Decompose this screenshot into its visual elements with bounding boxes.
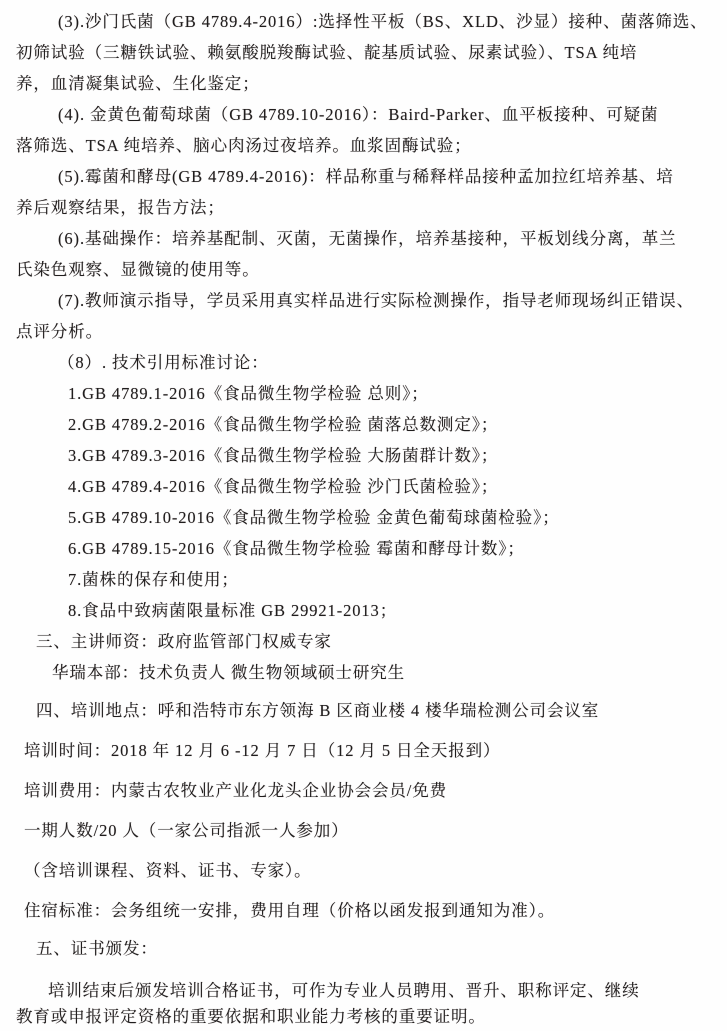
text-line: 初筛试验（三糖铁试验、赖氨酸脱羧酶试验、靛基质试验、尿素试验）、TSA 纯培 [0,42,727,64]
text-line: 氏染色观察、显微镜的使用等。 [0,259,727,281]
text-line: (5).霉菌和酵母(GB 4789.4-2016)：样品称重与稀释样品接种孟加拉… [0,166,727,188]
text-line: 三、主讲师资：政府监管部门权威专家 [0,631,727,653]
text-line: 3.GB 4789.3-2016《食品微生物学检验 大肠菌群计数》； [0,445,727,467]
text-line: 四、培训地点：呼和浩特市东方领海 B 区商业楼 4 楼华瑞检测公司会议室 [0,700,727,722]
text-line: 养，血清凝集试验、生化鉴定； [0,73,727,95]
text-line: 8.食品中致病菌限量标准 GB 29921-2013； [0,600,727,622]
text-line: 华瑞本部：技术负责人 微生物领域硕士研究生 [0,662,727,684]
text-line: 4.GB 4789.4-2016《食品微生物学检验 沙门氏菌检验》； [0,476,727,498]
text-line: 5.GB 4789.10-2016《食品微生物学检验 金黄色葡萄球菌检验》； [0,507,727,529]
text-line: 6.GB 4789.15-2016《食品微生物学检验 霉菌和酵母计数》； [0,538,727,560]
text-line: 教育或申报评定资格的重要依据和职业能力考核的重要证明。 [0,1006,727,1028]
text-line: (7).教师演示指导，学员采用真实样品进行实际检测操作，指导老师现场纠正错误、 [0,290,727,312]
text-line: 2.GB 4789.2-2016《食品微生物学检验 菌落总数测定》； [0,414,727,436]
text-line: 点评分析。 [0,321,727,343]
text-line: （8）. 技术引用标准讨论： [0,352,727,374]
text-line: 培训时间：2018 年 12 月 6 -12 月 7 日（12 月 5 日全天报… [0,740,727,762]
text-line: 落筛选、TSA 纯培养、脑心肉汤过夜培养。血浆固酶试验； [0,135,727,157]
text-line: 培训结束后颁发培训合格证书，可作为专业人员聘用、晋升、职称评定、继续 [0,980,727,1002]
document-page: (3).沙门氏菌（GB 4789.4-2016）:选择性平板（BS、XLD、沙显… [0,0,727,1031]
text-line: 1.GB 4789.1-2016《食品微生物学检验 总则》； [0,383,727,405]
text-line: (3).沙门氏菌（GB 4789.4-2016）:选择性平板（BS、XLD、沙显… [0,11,727,33]
text-line: 培训费用：内蒙古农牧业产业化龙头企业协会会员/免费 [0,780,727,802]
text-line: 养后观察结果，报告方法； [0,197,727,219]
text-line: (4). 金黄色葡萄球菌（GB 4789.10-2016）：Baird-Park… [0,104,727,126]
text-line: 五、证书颁发： [0,938,727,960]
document-body: (3).沙门氏菌（GB 4789.4-2016）:选择性平板（BS、XLD、沙显… [0,0,727,1028]
text-line: 住宿标准：会务组统一安排，费用自理（价格以函发报到通知为准）。 [0,900,727,922]
text-line: 7.菌株的保存和使用； [0,569,727,591]
text-line: （含培训课程、资料、证书、专家）。 [0,860,727,882]
text-line: 一期人数/20 人（一家公司指派一人参加） [0,820,727,842]
text-line: (6).基础操作：培养基配制、灭菌，无菌操作，培养基接种，平板划线分离，革兰 [0,228,727,250]
